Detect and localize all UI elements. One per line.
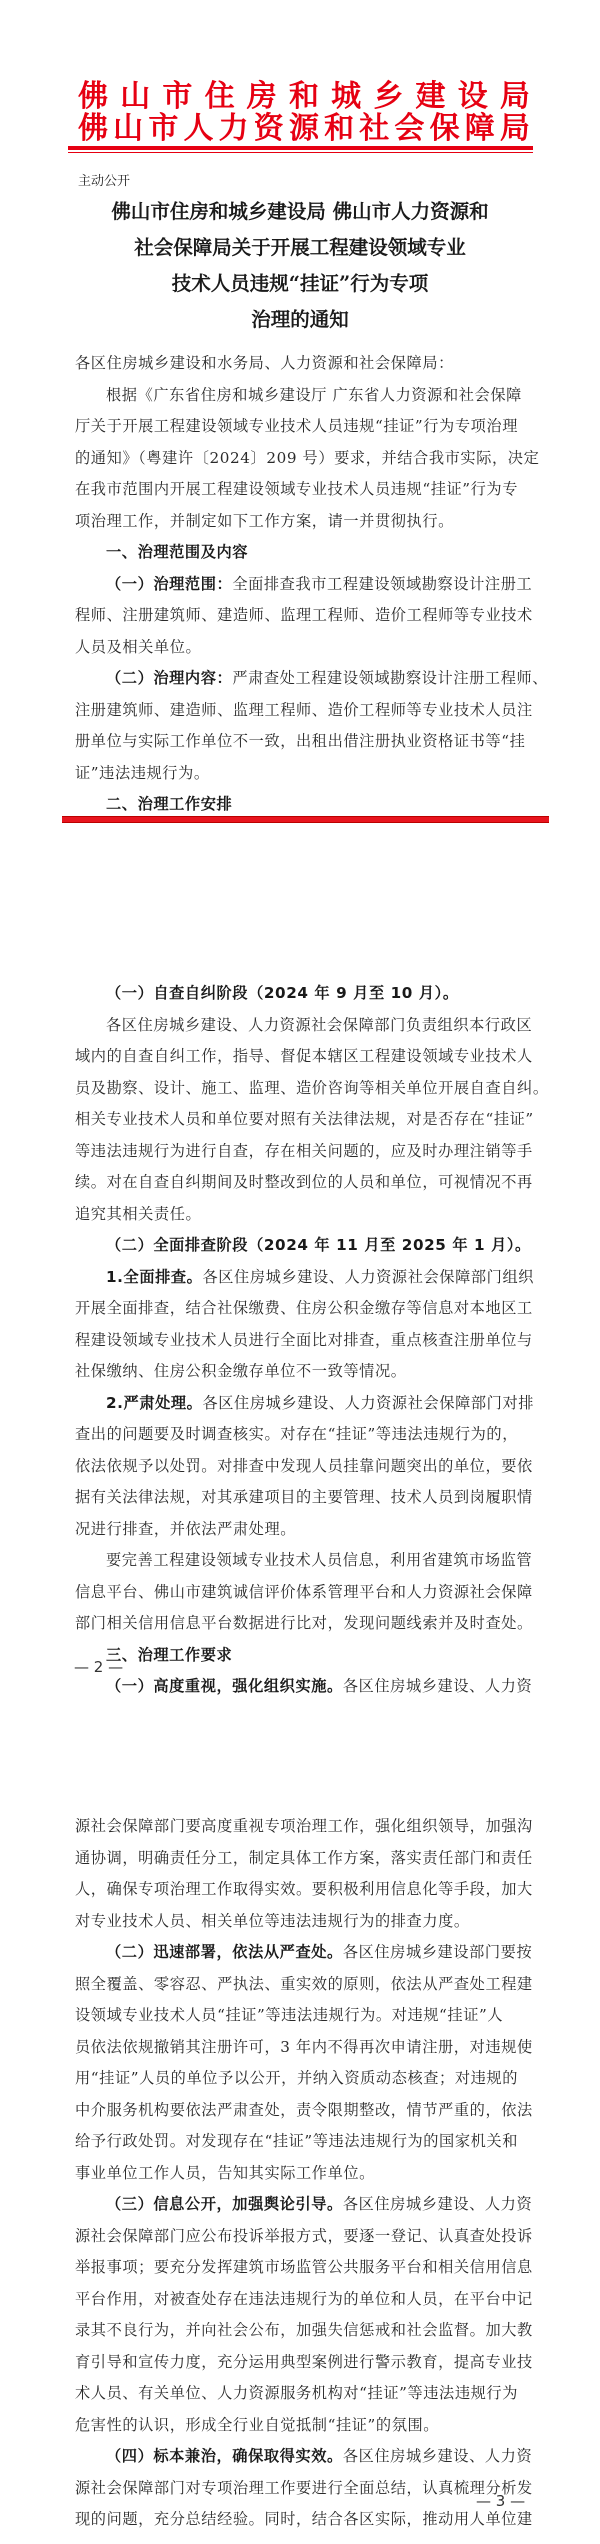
text-line: 证”违法违规行为。 bbox=[75, 758, 530, 790]
text-line: 程师、注册建筑师、建造师、监理工程师、造价工程师等专业技术 bbox=[75, 600, 530, 632]
text-line: 要完善工程建设领域专业技术人员信息，利用省建筑市场监管 bbox=[75, 1545, 530, 1577]
org-char: 设 bbox=[458, 80, 488, 114]
body-text: 用“挂证”人员的单位予以公开，并纳入资质动态核查；对违规的 bbox=[75, 2069, 518, 2087]
body-text: 厅关于开展工程建设领域专业技术人员违规“挂证”行为专项治理 bbox=[75, 417, 518, 435]
text-line: （一）高度重视，强化组织实施。各区住房城乡建设、人力资 bbox=[75, 1671, 530, 1703]
org-char: 源 bbox=[289, 112, 319, 146]
body-text: 域内的自查自纠工作，指导、督促本辖区工程建设领域专业技术人 bbox=[75, 1047, 533, 1065]
text-line: 续。对在自查自纠期间及时整改到位的人员和单位，可视情况不再 bbox=[75, 1167, 530, 1199]
text-line: 相关专业技术人员和单位要对照有关法律法规，对是否存在“挂证” bbox=[75, 1104, 530, 1136]
subheading-text: （一）治理范围： bbox=[106, 575, 232, 593]
page-number-3: — 3 — bbox=[476, 2492, 525, 2510]
body-text: 注册建筑师、建造师、监理工程师、造价工程师等专业技术人员注 bbox=[75, 701, 533, 719]
body-text: 严肃查处工程建设领域勘察设计注册工程师、 bbox=[232, 669, 548, 687]
text-line: （三）信息公开，加强舆论引导。各区住房城乡建设、人力资 bbox=[75, 2189, 530, 2221]
org-char: 乡 bbox=[373, 80, 403, 114]
org-char: 人 bbox=[183, 112, 213, 146]
body-text: 相关专业技术人员和单位要对照有关法律法规，对是否存在“挂证” bbox=[75, 1110, 534, 1128]
text-line: 给予行政处罚。对发现存在“挂证”等违法违规行为的国家机关和 bbox=[75, 2126, 530, 2158]
body-text: 术人员、有关单位、人力资源服务机构对“挂证”等违法违规行为 bbox=[75, 2384, 518, 2402]
text-line: 域内的自查自纠工作，指导、督促本辖区工程建设领域专业技术人 bbox=[75, 1041, 530, 1073]
org-char: 障 bbox=[465, 112, 495, 146]
heading-text: 二、治理工作安排 bbox=[106, 795, 232, 813]
text-line: 在我市范围内开展工程建设领域专业技术人员违规“挂证”行为专 bbox=[75, 474, 530, 506]
body-text: 源社会保障部门对专项治理工作要进行全面总结，认真梳理分析发 bbox=[75, 2479, 533, 2497]
org-char: 局 bbox=[500, 112, 530, 146]
org-name-hr: 佛山市人力资源和社会保障局 bbox=[78, 112, 530, 146]
text-line: （二）全面排查阶段（2024 年 11 月至 2025 年 1 月）。 bbox=[75, 1230, 530, 1262]
org-char: 佛 bbox=[78, 112, 108, 146]
body-text: 照全覆盖、零容忍、严执法、重实效的原则，依法从严查处工程建 bbox=[75, 1975, 533, 1993]
body-text: 程建设领域专业技术人员进行全面比对排查，重点核查注册单位与 bbox=[75, 1331, 533, 1349]
body-text: 各区住房城乡建设、人力资 bbox=[343, 1677, 532, 1695]
text-line: 2.严肃处理。各区住房城乡建设、人力资源社会保障部门对排 bbox=[75, 1388, 530, 1420]
text-line: 设领域专业技术人员“挂证”等违法违规行为。对违规“挂证”人 bbox=[75, 2000, 530, 2032]
text-line: 社保缴纳、住房公积金缴存单位不一致等情况。 bbox=[75, 1356, 530, 1388]
org-name-housing: 佛山市住房和城乡建设局 bbox=[78, 80, 530, 114]
text-line: 现的问题，充分总结经验。同时，结合各区实际，推动用人单位建 bbox=[75, 2504, 530, 2536]
letterhead-rule-thin bbox=[68, 152, 533, 153]
body-text: 设领域专业技术人员“挂证”等违法违规行为。对违规“挂证”人 bbox=[75, 2006, 503, 2024]
text-line: 员依法依规撤销其注册许可，3 年内不得再次申请注册，对违规使 bbox=[75, 2032, 530, 2064]
body-text: 的通知》（粤建许〔2024〕209 号）要求，并结合我市实际，决定 bbox=[75, 449, 539, 467]
body-text: 事业单位工作人员，告知其实际工作单位。 bbox=[75, 2164, 375, 2182]
body-text: 平台作用，对被查处存在违法违规行为的单位和人员，在平台中记 bbox=[75, 2290, 533, 2308]
text-line: 平台作用，对被查处存在违法违规行为的单位和人员，在平台中记 bbox=[75, 2284, 530, 2316]
body-text: 等违法违规行为进行自查，存在相关问题的，应及时办理注销等手 bbox=[75, 1142, 533, 1160]
org-char: 房 bbox=[247, 80, 277, 114]
body-text: 依法依规予以处罚。对排查中发现人员挂靠问题突出的单位，要依 bbox=[75, 1457, 533, 1475]
text-line: 各区住房城乡建设和水务局、人力资源和社会保障局： bbox=[75, 348, 530, 380]
text-line: 通协调，明确责任分工，制定具体工作方案，落实责任部门和责任 bbox=[75, 1843, 530, 1875]
body-text: 给予行政处罚。对发现存在“挂证”等违法违规行为的国家机关和 bbox=[75, 2132, 518, 2150]
text-line: 项治理工作，并制定如下工作方案，请一并贯彻执行。 bbox=[75, 506, 530, 538]
text-line: 录其不良行为，并向社会公布，加强失信惩戒和社会监督。加大教 bbox=[75, 2315, 530, 2347]
text-line: 源社会保障部门要高度重视专项治理工作，强化组织领导，加强沟 bbox=[75, 1811, 530, 1843]
body-text: 中介服务机构要依法严肃查处，责令限期整改，情节严重的，依法 bbox=[75, 2101, 533, 2119]
text-line: 中介服务机构要依法严肃查处，责令限期整改，情节严重的，依法 bbox=[75, 2095, 530, 2127]
text-line: 各区住房城乡建设、人力资源社会保障部门负责组织本行政区 bbox=[75, 1010, 530, 1042]
text-line: （二）治理内容：严肃查处工程建设领域勘察设计注册工程师、 bbox=[75, 663, 530, 695]
body-text: 人员及相关单位。 bbox=[75, 638, 201, 656]
text-line: 人员及相关单位。 bbox=[75, 632, 530, 664]
page3-body: 源社会保障部门要高度重视专项治理工作，强化组织领导，加强沟通协调，明确责任分工，… bbox=[75, 1811, 530, 2536]
text-line: 源社会保障部门对专项治理工作要进行全面总结，认真梳理分析发 bbox=[75, 2473, 530, 2505]
text-line: 厅关于开展工程建设领域专业技术人员违规“挂证”行为专项治理 bbox=[75, 411, 530, 443]
section-heading: 一、治理范围及内容 bbox=[75, 537, 530, 569]
text-line: 根据《广东省住房和城乡建设厅 广东省人力资源和社会保障 bbox=[75, 380, 530, 412]
text-line: （四）标本兼治，确保取得实效。各区住房城乡建设、人力资 bbox=[75, 2441, 530, 2473]
body-text: 续。对在自查自纠期间及时整改到位的人员和单位，可视情况不再 bbox=[75, 1173, 533, 1191]
text-line: 1.全面排查。各区住房城乡建设、人力资源社会保障部门组织 bbox=[75, 1262, 530, 1294]
text-line: 照全覆盖、零容忍、严执法、重实效的原则，依法从严查处工程建 bbox=[75, 1969, 530, 2001]
page2-body: （一）自查自纠阶段（2024 年 9 月至 10 月）。各区住房城乡建设、人力资… bbox=[75, 978, 530, 1703]
body-text: 各区住房城乡建设和水务局、人力资源和社会保障局： bbox=[75, 354, 454, 372]
text-line: 据有关法律法规，对其承建项目的主要管理、技术人员到岗履职情 bbox=[75, 1482, 530, 1514]
body-text: 信息平台、佛山市建筑诚信评价体系管理平台和人力资源社会保障 bbox=[75, 1583, 533, 1601]
text-line: 危害性的认识，形成全行业自觉抵制“挂证”的氛围。 bbox=[75, 2410, 530, 2442]
body-text: 人，确保专项治理工作取得实效。要积极利用信息化等手段，加大 bbox=[75, 1880, 533, 1898]
org-char: 市 bbox=[148, 112, 178, 146]
text-line: 源社会保障部门应公布投诉举报方式，要逐一登记、认真查处投诉 bbox=[75, 2221, 530, 2253]
org-char: 山 bbox=[120, 80, 150, 114]
body-text: 追究其相关责任。 bbox=[75, 1205, 201, 1223]
subheading-text: （一）自查自纠阶段（2024 年 9 月至 10 月）。 bbox=[106, 984, 459, 1002]
body-text: 程师、注册建筑师、建造师、监理工程师、造价工程师等专业技术 bbox=[75, 606, 533, 624]
body-text: 各区住房城乡建设、人力资源社会保障部门负责组织本行政区 bbox=[106, 1016, 532, 1034]
subheading-text: 1.全面排查。 bbox=[106, 1268, 202, 1286]
title-line: 社会保障局关于开展工程建设领域专业 bbox=[60, 230, 540, 266]
page-separator bbox=[62, 816, 549, 823]
text-line: 举报事项；要充分发挥建筑市场监管公共服务平台和相关信用信息 bbox=[75, 2252, 530, 2284]
subheading-text: （二）治理内容： bbox=[106, 669, 232, 687]
text-line: 查出的问题要及时调查核实。对存在“挂证”等违法违规行为的， bbox=[75, 1419, 530, 1451]
text-line: 员及勘察、设计、施工、监理、造价咨询等相关单位开展自查自纠。 bbox=[75, 1073, 530, 1105]
text-line: （一）自查自纠阶段（2024 年 9 月至 10 月）。 bbox=[75, 978, 530, 1010]
org-char: 住 bbox=[205, 80, 235, 114]
text-line: （二）迅速部署，依法从严查处。各区住房城乡建设部门要按 bbox=[75, 1937, 530, 1969]
org-char: 力 bbox=[219, 112, 249, 146]
body-text: 查出的问题要及时调查核实。对存在“挂证”等违法违规行为的， bbox=[75, 1425, 518, 1443]
body-text: 各区住房城乡建设部门要按 bbox=[343, 1943, 532, 1961]
body-text: 对专业技术人员、相关单位等违法违规行为的排查力度。 bbox=[75, 1912, 470, 1930]
subheading-text: 2.严肃处理。 bbox=[106, 1394, 202, 1412]
org-char: 山 bbox=[113, 112, 143, 146]
text-line: 况进行排查，并依法严肃处理。 bbox=[75, 1514, 530, 1546]
body-text: 社保缴纳、住房公积金缴存单位不一致等情况。 bbox=[75, 1362, 407, 1380]
body-text: 通协调，明确责任分工，制定具体工作方案，落实责任部门和责任 bbox=[75, 1849, 533, 1867]
text-line: 用“挂证”人员的单位予以公开，并纳入资质动态核查；对违规的 bbox=[75, 2063, 530, 2095]
org-char: 和 bbox=[289, 80, 319, 114]
org-char: 会 bbox=[394, 112, 424, 146]
body-text: 据有关法律法规，对其承建项目的主要管理、技术人员到岗履职情 bbox=[75, 1488, 533, 1506]
subheading-text: （二）全面排查阶段（2024 年 11 月至 2025 年 1 月）。 bbox=[106, 1236, 531, 1254]
org-char: 佛 bbox=[78, 80, 108, 114]
org-char: 保 bbox=[430, 112, 460, 146]
text-line: 注册建筑师、建造师、监理工程师、造价工程师等专业技术人员注 bbox=[75, 695, 530, 727]
text-line: （一）治理范围：全面排查我市工程建设领域勘察设计注册工 bbox=[75, 569, 530, 601]
text-line: 育引导和宣传力度，充分运用典型案例进行警示教育，提高专业技 bbox=[75, 2347, 530, 2379]
letterhead-rule-thick bbox=[68, 146, 533, 150]
body-text: 在我市范围内开展工程建设领域专业技术人员违规“挂证”行为专 bbox=[75, 480, 518, 498]
title-line: 佛山市住房和城乡建设局 佛山市人力资源和 bbox=[60, 194, 540, 230]
org-char: 资 bbox=[254, 112, 284, 146]
subheading-text: （二）迅速部署，依法从严查处。 bbox=[106, 1943, 343, 1961]
body-text: 册单位与实际工作单位不一致，出租出借注册执业资格证书等“挂 bbox=[75, 732, 525, 750]
page1-body: 各区住房城乡建设和水务局、人力资源和社会保障局：根据《广东省住房和城乡建设厅 广… bbox=[75, 348, 530, 821]
subheading-text: （一）高度重视，强化组织实施。 bbox=[106, 1677, 343, 1695]
body-text: 危害性的认识，形成全行业自觉抵制“挂证”的氛围。 bbox=[75, 2416, 439, 2434]
subheading-text: （四）标本兼治，确保取得实效。 bbox=[106, 2447, 343, 2465]
body-text: 各区住房城乡建设、人力资源社会保障部门组织 bbox=[202, 1268, 534, 1286]
page-number-2: — 2 — bbox=[74, 1658, 123, 1676]
body-text: 录其不良行为，并向社会公布，加强失信惩戒和社会监督。加大教 bbox=[75, 2321, 533, 2339]
org-char: 和 bbox=[324, 112, 354, 146]
title-line: 治理的通知 bbox=[60, 302, 540, 338]
section-heading: 三、治理工作要求 bbox=[75, 1640, 530, 1672]
text-line: 册单位与实际工作单位不一致，出租出借注册执业资格证书等“挂 bbox=[75, 726, 530, 758]
org-char: 市 bbox=[162, 80, 192, 114]
text-line: 等违法违规行为进行自查，存在相关问题的，应及时办理注销等手 bbox=[75, 1136, 530, 1168]
body-text: 育引导和宣传力度，充分运用典型案例进行警示教育，提高专业技 bbox=[75, 2353, 533, 2371]
body-text: 部门相关信用信息平台数据进行比对，发现问题线索并及时查处。 bbox=[75, 1614, 533, 1632]
text-line: 部门相关信用信息平台数据进行比对，发现问题线索并及时查处。 bbox=[75, 1608, 530, 1640]
disclosure-label: 主动公开 bbox=[78, 170, 130, 189]
text-line: 开展全面排查，结合社保缴费、住房公积金缴存等信息对本地区工 bbox=[75, 1293, 530, 1325]
body-text: 开展全面排查，结合社保缴费、住房公积金缴存等信息对本地区工 bbox=[75, 1299, 533, 1317]
text-line: 对专业技术人员、相关单位等违法违规行为的排查力度。 bbox=[75, 1906, 530, 1938]
document-title: 佛山市住房和城乡建设局 佛山市人力资源和 社会保障局关于开展工程建设领域专业 技… bbox=[60, 194, 540, 338]
body-text: 各区住房城乡建设、人力资 bbox=[343, 2195, 532, 2213]
body-text: 举报事项；要充分发挥建筑市场监管公共服务平台和相关信用信息 bbox=[75, 2258, 533, 2276]
org-char: 建 bbox=[416, 80, 446, 114]
org-char: 局 bbox=[500, 80, 530, 114]
body-text: 证”违法违规行为。 bbox=[75, 764, 210, 782]
heading-text: 三、治理工作要求 bbox=[106, 1646, 232, 1664]
body-text: 员及勘察、设计、施工、监理、造价咨询等相关单位开展自查自纠。 bbox=[75, 1079, 549, 1097]
body-text: 各区住房城乡建设、人力资源社会保障部门对排 bbox=[202, 1394, 534, 1412]
text-line: 事业单位工作人员，告知其实际工作单位。 bbox=[75, 2158, 530, 2190]
body-text: 况进行排查，并依法严肃处理。 bbox=[75, 1520, 296, 1538]
text-line: 术人员、有关单位、人力资源服务机构对“挂证”等违法违规行为 bbox=[75, 2378, 530, 2410]
org-char: 城 bbox=[331, 80, 361, 114]
body-text: 全面排查我市工程建设领域勘察设计注册工 bbox=[232, 575, 532, 593]
text-line: 人，确保专项治理工作取得实效。要积极利用信息化等手段，加大 bbox=[75, 1874, 530, 1906]
body-text: 根据《广东省住房和城乡建设厅 广东省人力资源和社会保障 bbox=[106, 386, 522, 404]
heading-text: 一、治理范围及内容 bbox=[106, 543, 248, 561]
body-text: 项治理工作，并制定如下工作方案，请一并贯彻执行。 bbox=[75, 512, 454, 530]
text-line: 程建设领域专业技术人员进行全面比对排查，重点核查注册单位与 bbox=[75, 1325, 530, 1357]
body-text: 源社会保障部门要高度重视专项治理工作，强化组织领导，加强沟 bbox=[75, 1817, 533, 1835]
body-text: 源社会保障部门应公布投诉举报方式，要逐一登记、认真查处投诉 bbox=[75, 2227, 533, 2245]
body-text: 现的问题，充分总结经验。同时，结合各区实际，推动用人单位建 bbox=[75, 2510, 533, 2528]
text-line: 信息平台、佛山市建筑诚信评价体系管理平台和人力资源社会保障 bbox=[75, 1577, 530, 1609]
text-line: 追究其相关责任。 bbox=[75, 1199, 530, 1231]
body-text: 要完善工程建设领域专业技术人员信息，利用省建筑市场监管 bbox=[106, 1551, 532, 1569]
subheading-text: （三）信息公开，加强舆论引导。 bbox=[106, 2195, 343, 2213]
title-line: 技术人员违规“挂证”行为专项 bbox=[60, 266, 540, 302]
text-line: 的通知》（粤建许〔2024〕209 号）要求，并结合我市实际，决定 bbox=[75, 443, 530, 475]
org-char: 社 bbox=[359, 112, 389, 146]
body-text: 各区住房城乡建设、人力资 bbox=[343, 2447, 532, 2465]
text-line: 依法依规予以处罚。对排查中发现人员挂靠问题突出的单位，要依 bbox=[75, 1451, 530, 1483]
body-text: 员依法依规撤销其注册许可，3 年内不得再次申请注册，对违规使 bbox=[75, 2038, 533, 2056]
